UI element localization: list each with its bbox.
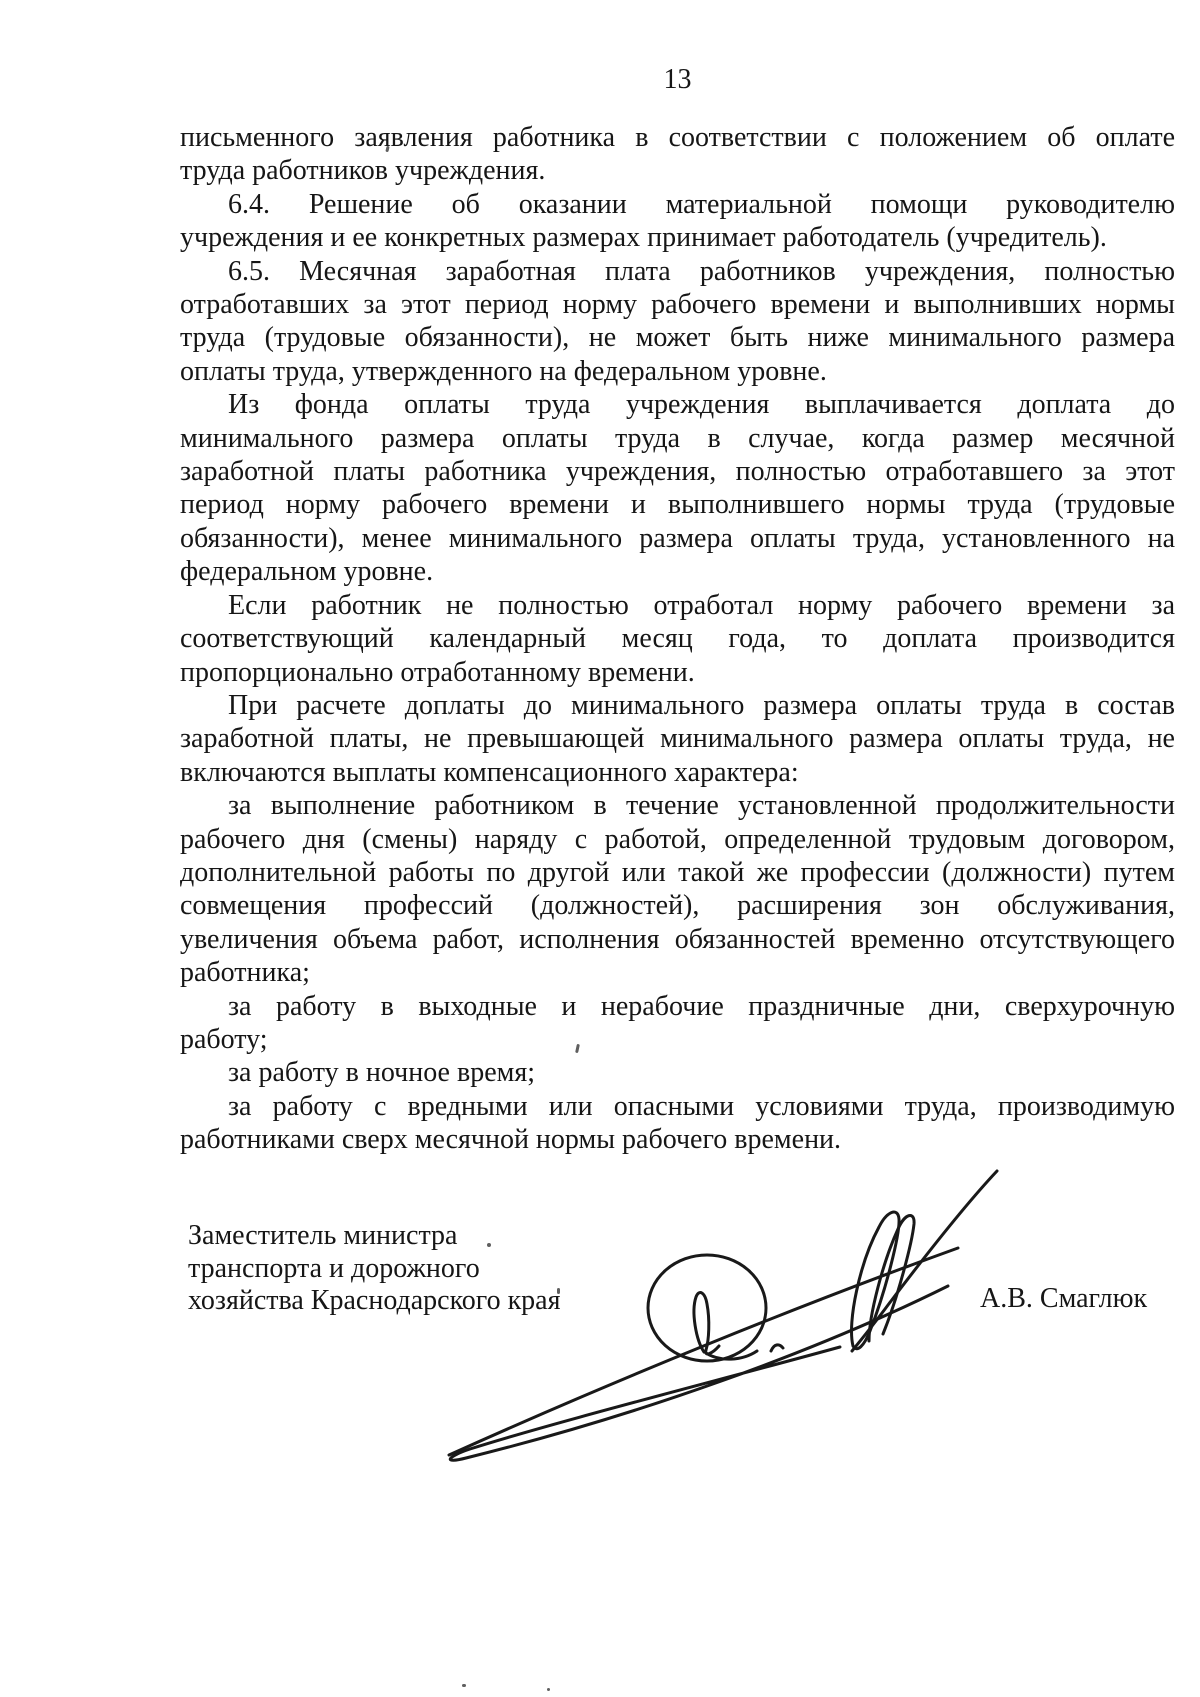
text-line: совмещения профессий (должностей), расши… xyxy=(180,889,1175,922)
text-line: период норму рабочего времени и выполнив… xyxy=(180,488,1175,521)
text-line: При расчете доплаты до минимального разм… xyxy=(180,689,1175,722)
text-line: за работу с вредными или опасными услови… xyxy=(180,1090,1175,1123)
text-line: обязанности), менее минимального размера… xyxy=(180,522,1175,555)
text-line: работника; xyxy=(180,956,1175,989)
text-line: Из фонда оплаты труда учреждения выплачи… xyxy=(180,388,1175,421)
text-line: отработавших за этот период норму рабоче… xyxy=(180,288,1175,321)
scan-speck xyxy=(487,1243,491,1247)
text-line: заработной платы, не превышающей минимал… xyxy=(180,722,1175,755)
text-line: труда (трудовые обязанности), не может б… xyxy=(180,321,1175,354)
text-line: труда работников учреждения. xyxy=(180,154,1175,187)
text-line: 6.5. Месячная заработная плата работнико… xyxy=(180,255,1175,288)
scan-speck xyxy=(547,1688,550,1691)
text-line: Если работник не полностью отработал нор… xyxy=(180,589,1175,622)
text-line: включаются выплаты компенсационного хара… xyxy=(180,756,1175,789)
text-line: письменного заявления работника в соотве… xyxy=(180,121,1175,154)
text-line: рабочего дня (смены) наряду с работой, о… xyxy=(180,823,1175,856)
text-line: за работу в выходные и нерабочие праздни… xyxy=(180,990,1175,1023)
text-line: за работу в ночное время; xyxy=(180,1056,1175,1089)
handwritten-signature-icon xyxy=(420,1150,1020,1480)
text-line: минимального размера оплаты труда в случ… xyxy=(180,422,1175,455)
page-number: 13 xyxy=(180,64,1175,96)
text-line: пропорционально отработанному времени. xyxy=(180,656,1175,689)
text-line: дополнительной работы по другой или тако… xyxy=(180,856,1175,889)
text-line: заработной платы работника учреждения, п… xyxy=(180,455,1175,488)
text-line: 6.4. Решение об оказании материальной по… xyxy=(180,188,1175,221)
text-line: учреждения и ее конкретных размерах прин… xyxy=(180,221,1175,254)
text-line: соответствующий календарный месяц года, … xyxy=(180,622,1175,655)
document-body: письменного заявления работника в соотве… xyxy=(180,121,1175,1157)
scan-speck xyxy=(462,1684,466,1687)
text-line: федеральном уровне. xyxy=(180,555,1175,588)
text-line: за выполнение работником в течение устан… xyxy=(180,789,1175,822)
scan-speck xyxy=(557,1288,560,1294)
text-line: оплаты труда, утвержденного на федеральн… xyxy=(180,355,1175,388)
document-page: 13 письменного заявления работника в соо… xyxy=(0,0,1200,1697)
text-line: работу; xyxy=(180,1023,1175,1056)
text-line: увеличения объема работ, исполнения обяз… xyxy=(180,923,1175,956)
